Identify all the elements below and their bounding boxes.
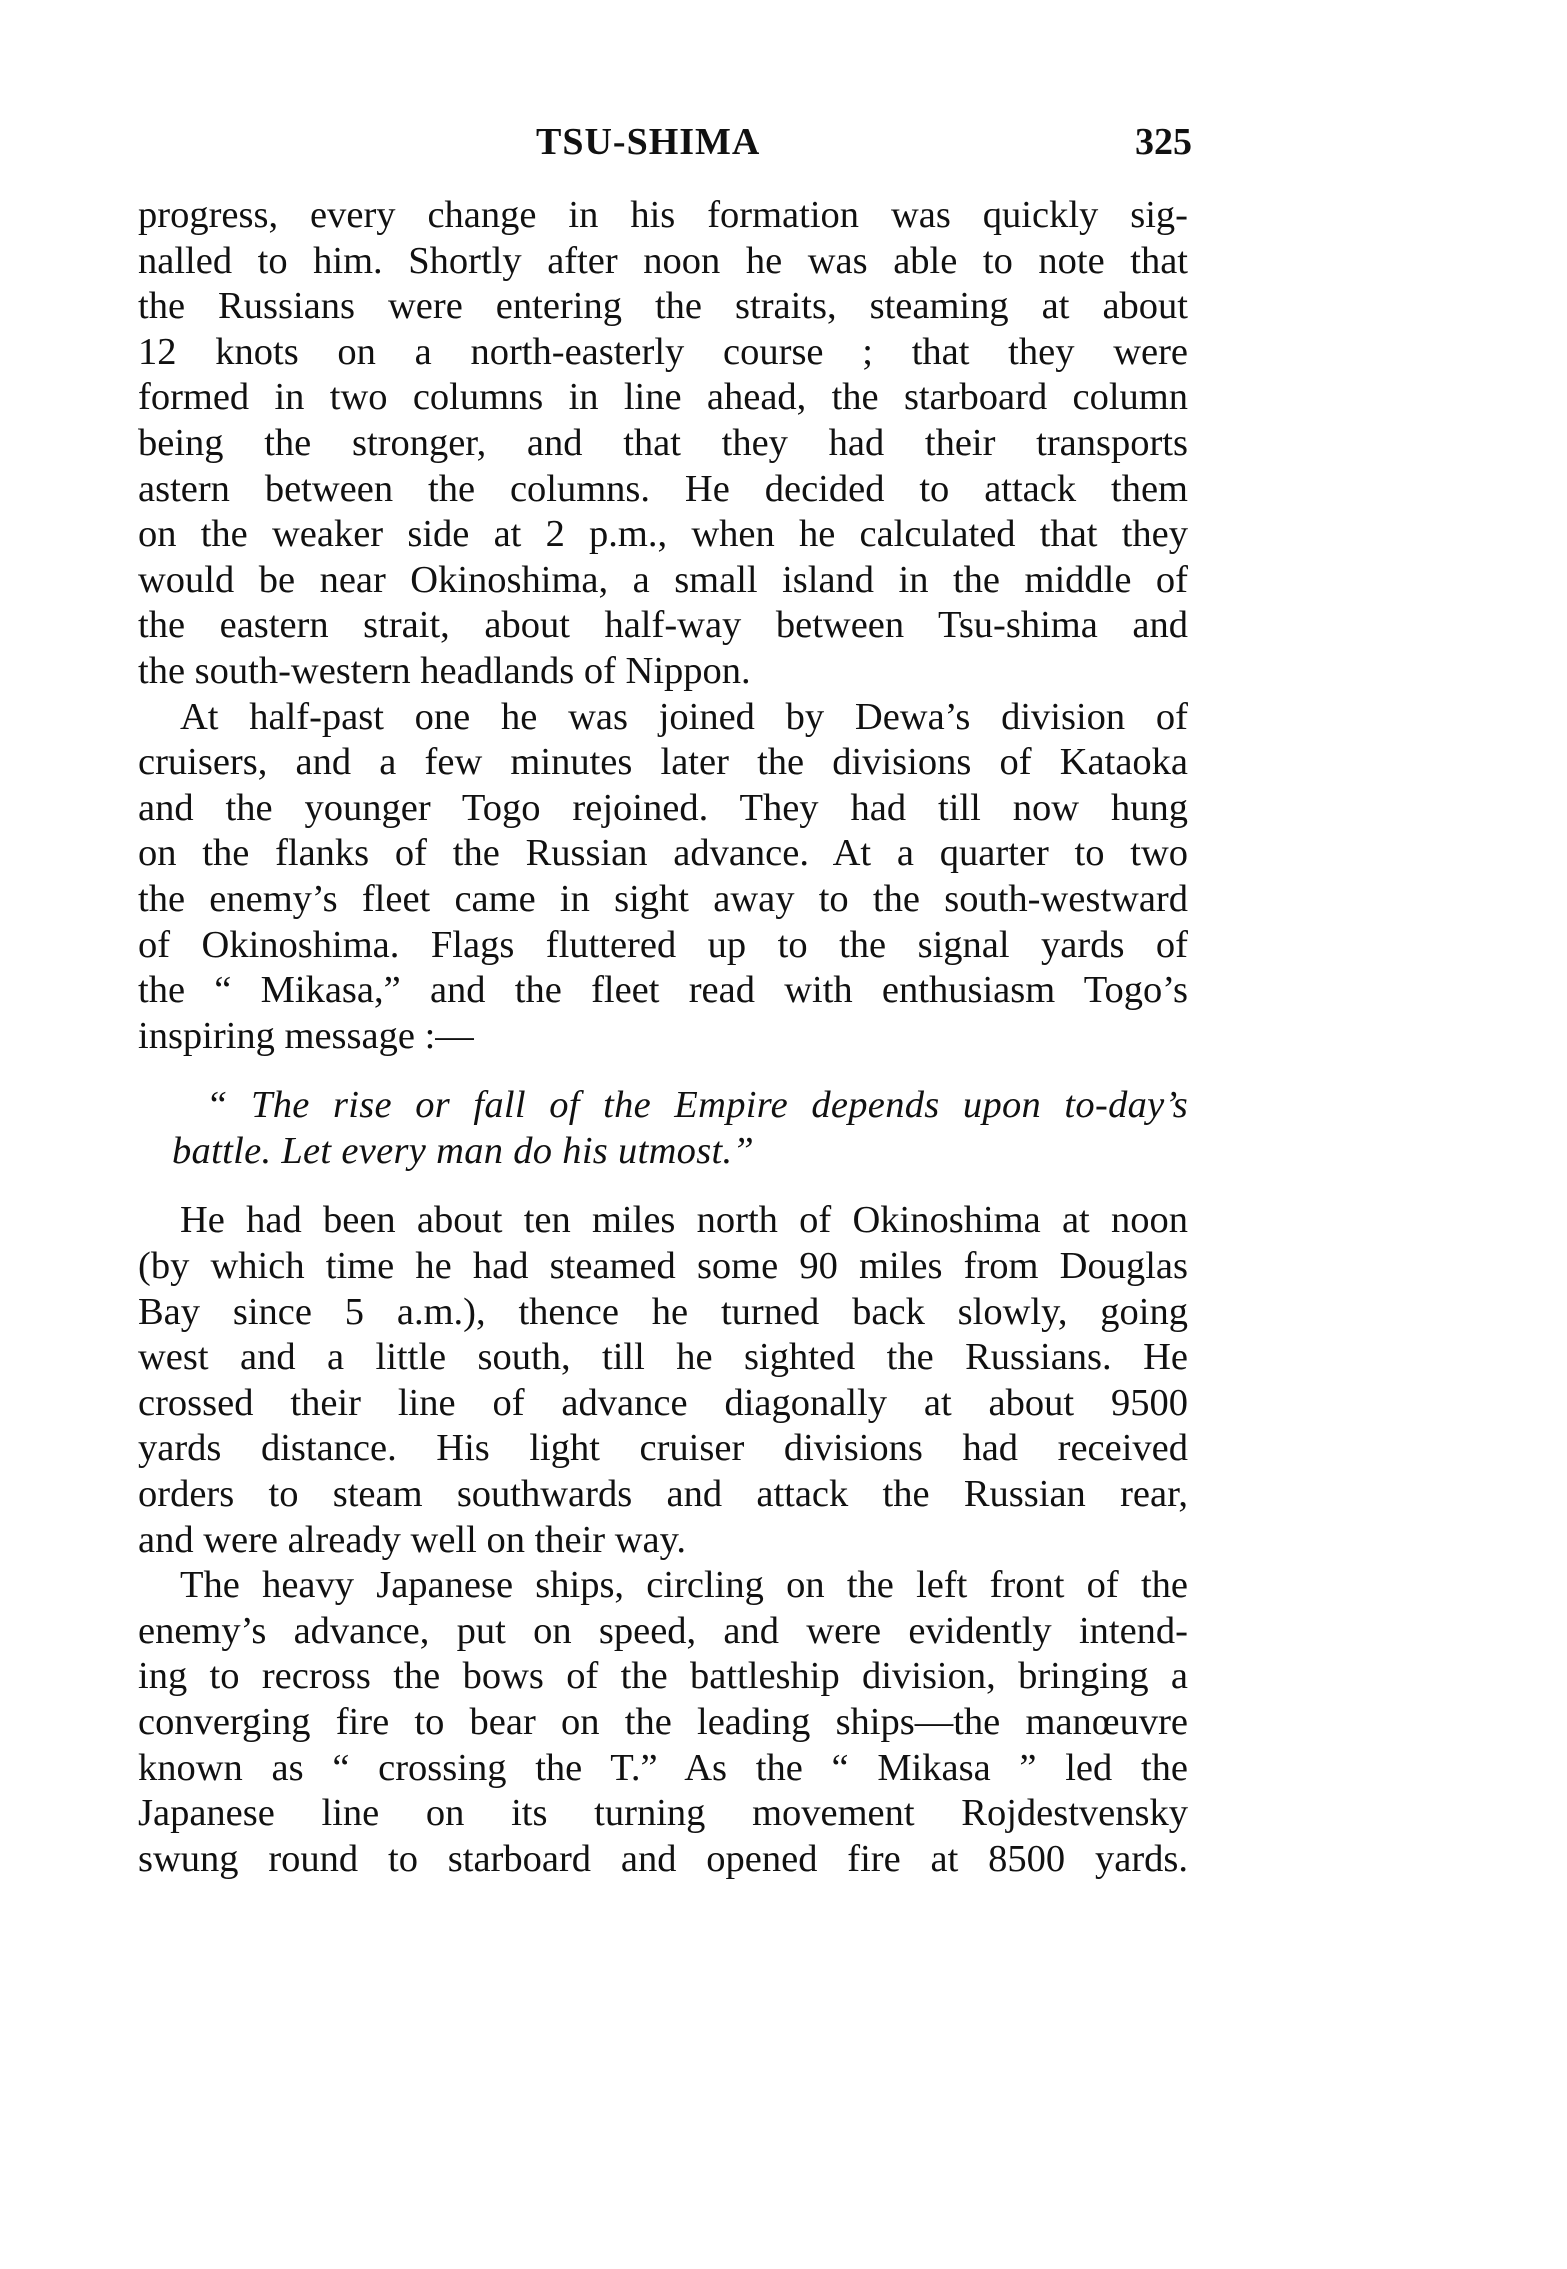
text-line: the eastern strait, about half-way betwe… [138, 603, 1188, 649]
text-line: on the flanks of the Russian advance. At… [138, 831, 1188, 877]
text-line: converging fire to bear on the leading s… [138, 1700, 1188, 1746]
running-head: TSU-SHIMA 325 [138, 118, 1188, 166]
block-quote: “ The rise or fall of the Empire depends… [138, 1083, 1188, 1174]
paragraph: He had been about ten miles north of Oki… [138, 1198, 1188, 1563]
text-line: inspiring message :— [138, 1014, 1188, 1060]
text-line: being the stronger, and that they had th… [138, 421, 1188, 467]
text-line: Japanese line on its turning movement Ro… [138, 1791, 1188, 1837]
text-line: astern between the columns. He decided t… [138, 467, 1188, 513]
text-line: At half-past one he was joined by Dewa’s… [138, 695, 1188, 741]
text-line: on the weaker side at 2 p.m., when he ca… [138, 512, 1188, 558]
text-line: would be near Okinoshima, a small island… [138, 558, 1188, 604]
quote-line: “ The rise or fall of the Empire depends… [138, 1083, 1188, 1129]
text-line: Bay since 5 a.m.), thence he turned back… [138, 1290, 1188, 1336]
text-line: nalled to him. Shortly after noon he was… [138, 239, 1188, 285]
text-line: enemy’s advance, put on speed, and were … [138, 1609, 1188, 1655]
text-line: and were already well on their way. [138, 1518, 1188, 1564]
text-line: and the younger Togo rejoined. They had … [138, 786, 1188, 832]
text-line: crossed their line of advance diagonally… [138, 1381, 1188, 1427]
text-line: 12 knots on a north-easterly course ; th… [138, 330, 1188, 376]
chapter-title: TSU-SHIMA [536, 118, 760, 166]
text-line: yards distance. His light cruiser divisi… [138, 1426, 1188, 1472]
text-line: the enemy’s fleet came in sight away to … [138, 877, 1188, 923]
text-line: ing to recross the bows of the battleshi… [138, 1654, 1188, 1700]
text-line: the “ Mikasa,” and the fleet read with e… [138, 968, 1188, 1014]
body-text: progress, every change in his formation … [138, 193, 1188, 1882]
text-line: orders to steam southwards and attack th… [138, 1472, 1188, 1518]
paragraph: The heavy Japanese ships, circling on th… [138, 1563, 1188, 1882]
paragraph-continuation: progress, every change in his formation … [138, 193, 1188, 695]
text-line: of Okinoshima. Flags fluttered up to the… [138, 923, 1188, 969]
text-line: known as “ crossing the T.” As the “ Mik… [138, 1746, 1188, 1792]
quote-line: battle. Let every man do his utmost.” [138, 1129, 1188, 1175]
text-line: (by which time he had steamed some 90 mi… [138, 1244, 1188, 1290]
text-line: swung round to starboard and opened fire… [138, 1837, 1188, 1883]
text-line: He had been about ten miles north of Oki… [138, 1198, 1188, 1244]
text-line: west and a little south, till he sighted… [138, 1335, 1188, 1381]
text-line: the south-western headlands of Nippon. [138, 649, 1188, 695]
text-line: progress, every change in his formation … [138, 193, 1188, 239]
text-line: cruisers, and a few minutes later the di… [138, 740, 1188, 786]
text-line: formed in two columns in line ahead, the… [138, 375, 1188, 421]
text-line: the Russians were entering the straits, … [138, 284, 1188, 330]
paragraph: At half-past one he was joined by Dewa’s… [138, 695, 1188, 1060]
text-line: The heavy Japanese ships, circling on th… [138, 1563, 1188, 1609]
page-number: 325 [1135, 118, 1192, 166]
